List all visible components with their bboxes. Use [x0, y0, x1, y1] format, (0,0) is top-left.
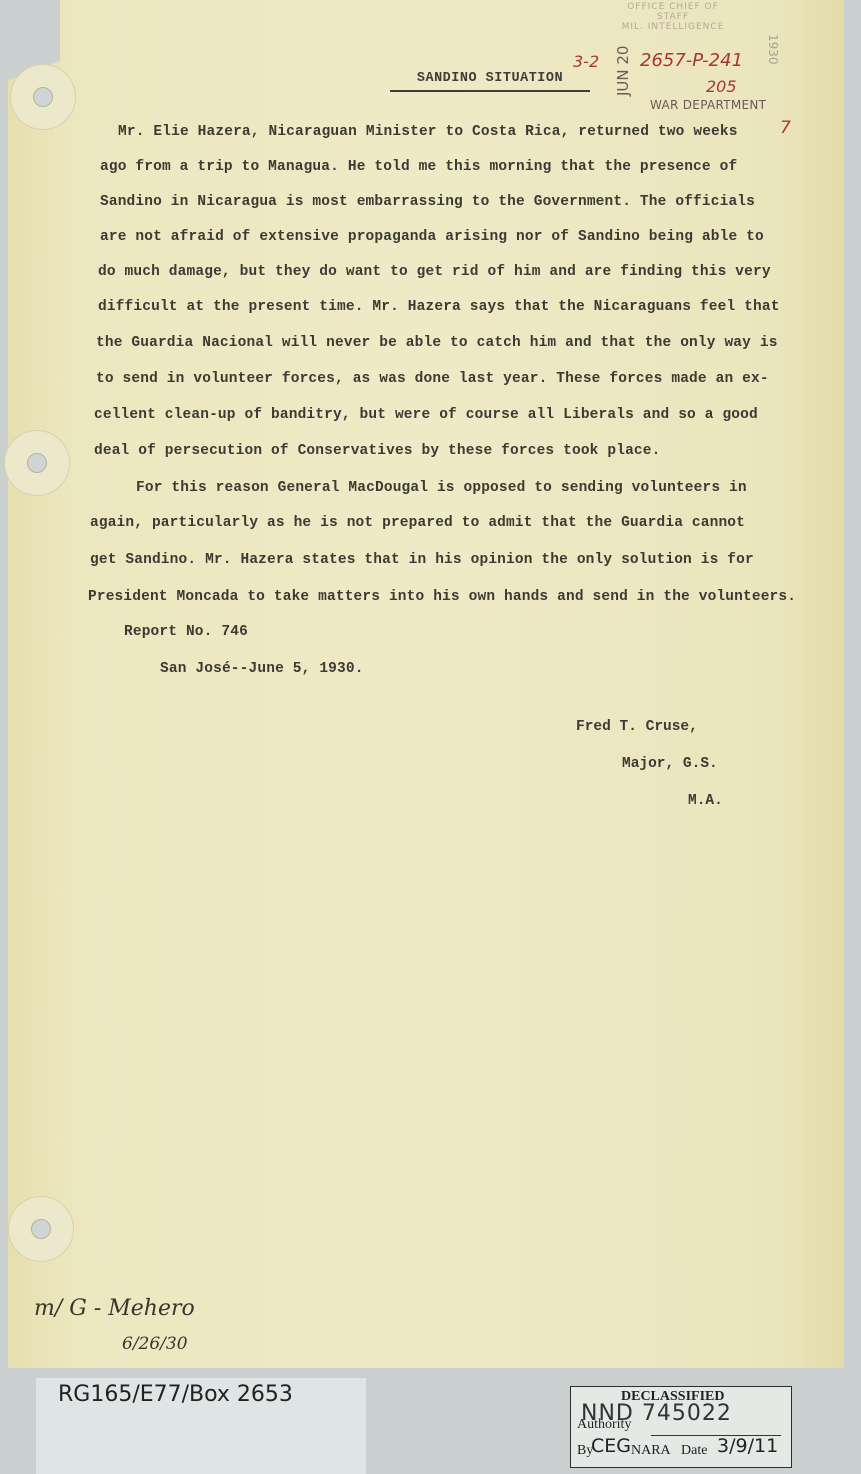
document-title: SANDINO SITUATION [390, 71, 590, 92]
margin-mark: 7 [780, 118, 791, 138]
file-number: 2657-P-241 [640, 50, 743, 71]
document-page: OFFICE CHIEF OF STAFF MIL. INTELLIGENCE … [8, 0, 844, 1368]
signature-rank: Major, G.S. [622, 756, 718, 772]
war-department-stamp: WAR DEPARTMENT [650, 98, 766, 112]
hole-reinforcer-bottom [8, 1196, 74, 1262]
date-value: 3/9/11 [717, 1435, 778, 1457]
body-line: do much damage, but they do want to get … [98, 264, 771, 280]
archive-label-text: RG165/E77/Box 2653 [58, 1382, 293, 1407]
body-line: Sandino in Nicaragua is most embarrassin… [100, 194, 755, 210]
body-line: difficult at the present time. Mr. Hazer… [98, 299, 780, 315]
punch-hole [33, 87, 53, 107]
by-value: CEG [591, 1435, 631, 1457]
hole-reinforcer-top [10, 64, 76, 130]
file-sub-number: 205 [706, 77, 737, 96]
declassified-stamp: DECLASSIFIED Authority NND 745022 By CEG… [570, 1386, 792, 1468]
signature-title: M.A. [688, 793, 723, 809]
body-line: ago from a trip to Managua. He told me t… [100, 159, 737, 175]
file-prefix: 3-2 [573, 52, 599, 71]
office-stamp-line2: MIL. INTELLIGENCE [618, 22, 728, 32]
date-stamp-month-day: JUN 20 [614, 46, 632, 96]
body-line: are not afraid of extensive propaganda a… [100, 229, 764, 245]
hole-reinforcer-middle [4, 430, 70, 496]
body-line: to send in volunteer forces, as was done… [96, 371, 769, 387]
body-line: For this reason General MacDougal is opp… [136, 480, 747, 496]
report-number: Report No. 746 [124, 624, 248, 640]
body-line: the Guardia Nacional will never be able … [96, 335, 778, 351]
punch-hole [31, 1219, 51, 1239]
body-line: Mr. Elie Hazera, Nicaraguan Minister to … [118, 124, 738, 140]
agency-label: NARA [631, 1443, 671, 1459]
body-line: cellent clean-up of banditry, but were o… [94, 407, 758, 423]
handwritten-note-date: 6/26/30 [122, 1334, 188, 1354]
signature-name: Fred T. Cruse, [576, 719, 698, 735]
handwritten-note-line1: m/ G - Mehero [34, 1296, 195, 1321]
office-stamp: OFFICE CHIEF OF STAFF MIL. INTELLIGENCE [618, 2, 728, 32]
date-stamp-year: 1930 [766, 34, 780, 65]
body-line: President Moncada to take matters into h… [88, 589, 796, 605]
body-line: get Sandino. Mr. Hazera states that in h… [90, 552, 754, 568]
body-line: again, particularly as he is not prepare… [90, 515, 745, 531]
authority-value: NND 745022 [581, 1401, 732, 1426]
office-stamp-line1: OFFICE CHIEF OF STAFF [618, 2, 728, 22]
body-line: deal of persecution of Conservatives by … [94, 443, 661, 459]
place-date: San José--June 5, 1930. [160, 661, 364, 677]
archive-label-card: RG165/E77/Box 2653 [36, 1378, 366, 1474]
punch-hole [27, 453, 47, 473]
date-label: Date [681, 1443, 707, 1459]
